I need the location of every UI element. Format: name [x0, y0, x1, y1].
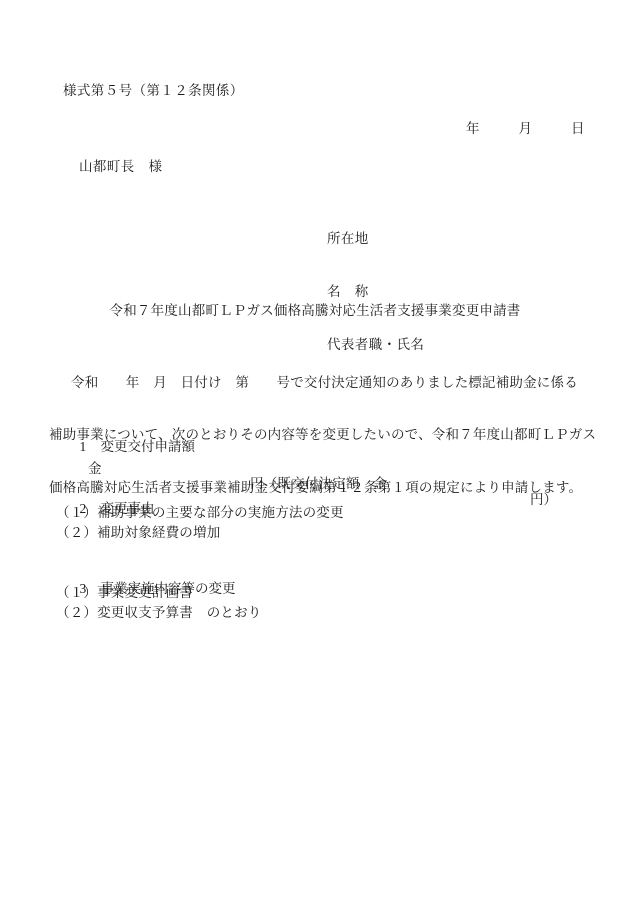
section2-item-2: （２）補助対象経費の増加	[56, 525, 220, 541]
section2-item-1: （１）補助事業の主要な部分の実施方法の変更	[56, 505, 344, 521]
body-paragraph-line-1: 令和 年 月 日付け 第 号で交付決定通知のありました標記補助金に係る	[49, 375, 583, 396]
form-number: 様式第５号（第１２条関係）	[63, 83, 244, 99]
amount-middle-label: 円（既交付決定額 金	[250, 476, 387, 492]
date-day-label: 日	[571, 121, 585, 137]
document-title: 令和７年度山都町ＬＰガス価格高騰対応生活者支援事業変更申請書	[0, 303, 630, 319]
amount-line: 金 円（既交付決定額 金 円）	[0, 445, 630, 461]
applicant-address-label: 所在地	[327, 231, 424, 253]
section3-item-2: （２）変更収支予算書 のとおり	[56, 605, 262, 621]
addressee: 山都町長 様	[79, 159, 162, 175]
date-line: 年 月 日	[466, 121, 585, 137]
section3-item-1: （１）事業変更計画書	[56, 585, 193, 601]
amount-prefix-label: 金	[88, 461, 102, 477]
date-month-label: 月	[519, 121, 533, 137]
date-year-label: 年	[466, 121, 480, 137]
amount-suffix-label: 円）	[530, 492, 557, 508]
document-page: 様式第５号（第１２条関係） 年 月 日 山都町長 様 所在地 名 称 代表者職・…	[0, 0, 630, 903]
